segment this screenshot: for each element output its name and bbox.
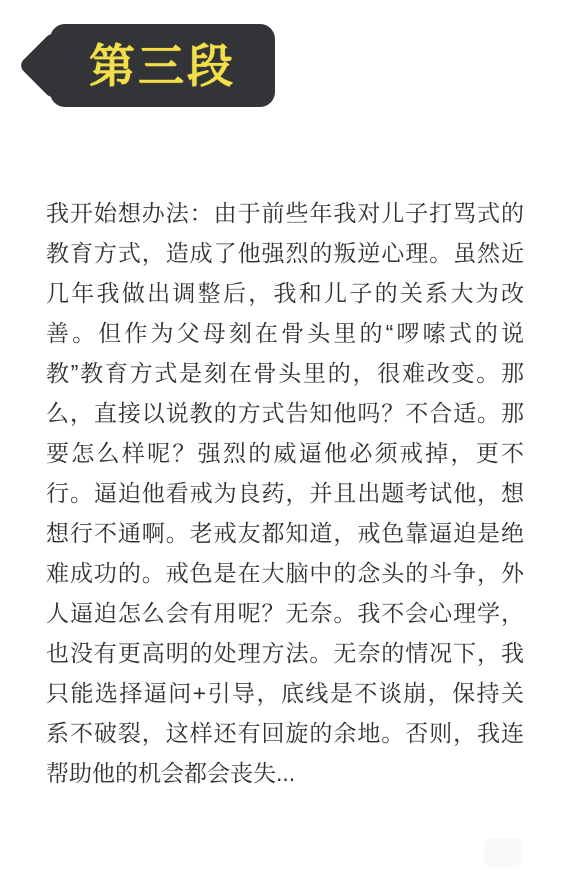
paragraph-line: 几年我做出调整后，我和儿子的关系大为改	[46, 273, 524, 313]
paragraph-line: 只能选择逼问+引导，底线是不谈崩，保持关	[46, 673, 524, 713]
paragraph-line: 帮助他的机会都会丧失...	[46, 753, 524, 793]
badge-label: 第三段	[89, 43, 236, 89]
paragraph: 我开始想办法：由于前些年我对儿子打骂式的 教育方式，造成了他强烈的叛逆心理。虽然…	[46, 193, 524, 793]
paragraph-line: 人逼迫怎么会有用呢？无奈。我不会心理学，	[46, 593, 524, 633]
watermark	[484, 838, 522, 868]
paragraph-line: 善。但作为父母刻在骨头里的“啰嗦式的说	[46, 313, 524, 353]
paragraph-line: 也没有更高明的处理方法。无奈的情况下，我	[46, 633, 524, 673]
paragraph-line: 行。逼迫他看戒为良药，并且出题考试他，想	[46, 473, 524, 513]
paragraph-line: 么，直接以说教的方式告知他吗？不合适。那	[46, 393, 524, 433]
paragraph-line: 我开始想办法：由于前些年我对儿子打骂式的	[46, 193, 524, 233]
paragraph-line: 想行不通啊。老戒友都知道，戒色靠逼迫是绝	[46, 513, 524, 553]
paragraph-line: 教”教育方式是刻在骨头里的，很难改变。那	[46, 353, 524, 393]
paragraph-line: 教育方式，造成了他强烈的叛逆心理。虽然近	[46, 233, 524, 273]
paragraph-line: 系不破裂，这样还有回旋的余地。否则，我连	[46, 713, 524, 753]
paragraph-line: 要怎么样呢？强烈的威逼他必须戒掉，更不	[46, 433, 524, 473]
paragraph-line: 难成功的。戒色是在大脑中的念头的斗争，外	[46, 553, 524, 593]
badge-body: 第三段	[50, 24, 275, 107]
